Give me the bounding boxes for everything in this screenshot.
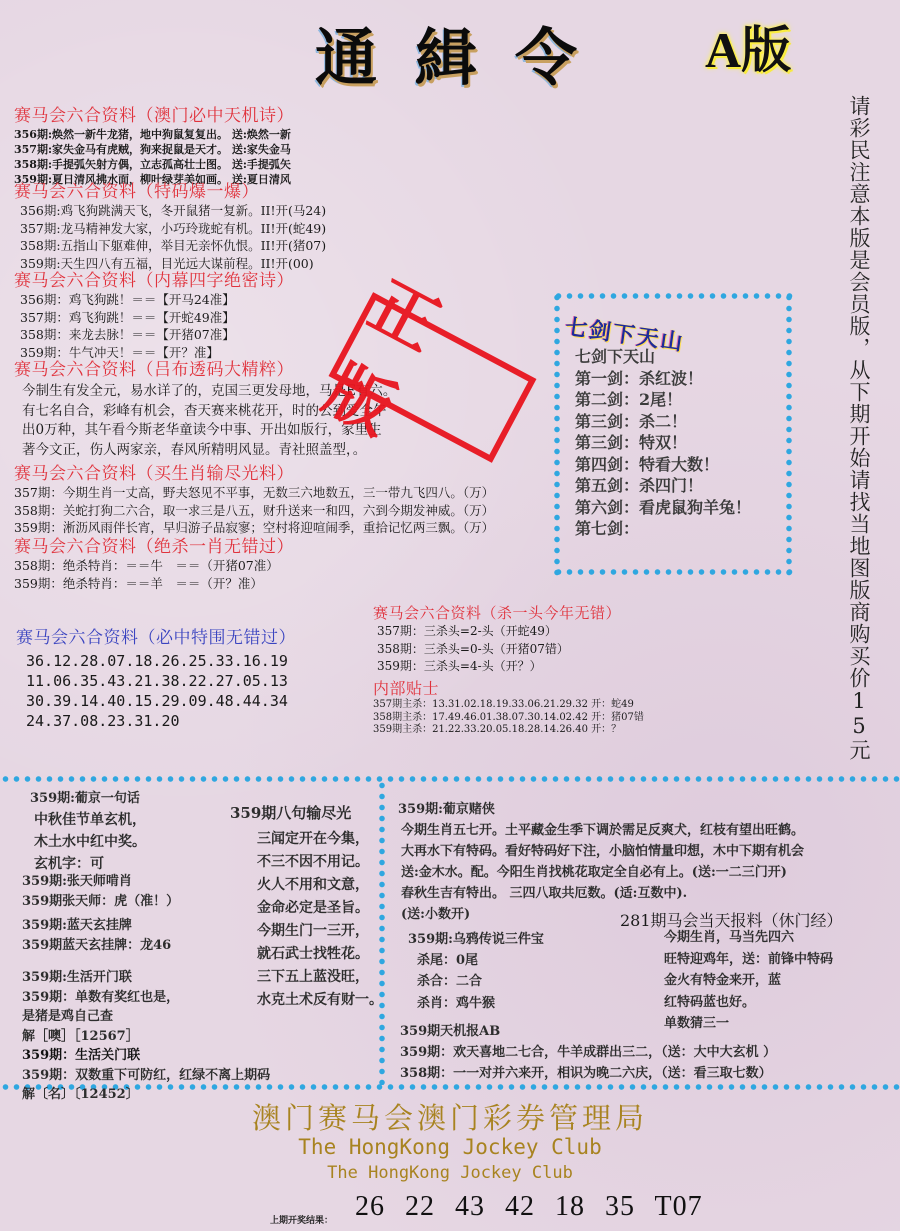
list-item: 359期蓝天玄挂牌：龙46 <box>22 936 171 956</box>
list-item: 旺特迎鸡年，送：前锋中特码 <box>664 949 833 971</box>
page-title: 通緝令 <box>315 8 615 97</box>
dotted-border-left <box>553 292 561 576</box>
list-item: 359期：双数重下可防红，红绿不离上期码 <box>22 1066 270 1086</box>
dotted-border-bottom <box>553 568 793 576</box>
list-item: 358期：绝杀特肖：＝＝牛 ＝＝（开猪07准） <box>14 557 294 575</box>
seven-swords-list: 七剑下天山 第一剑：杀红波！ 第二剑：2尾！ 第三剑：杀二！ 第三剑：特双！ 第… <box>575 346 751 540</box>
list-item: 356期：鸡飞狗跳！＝＝【开马24准】 <box>20 291 294 309</box>
section-title: 赛马会六合资料（特码爆一爆） <box>14 177 326 202</box>
list-item: 359期：欢天喜地二七合，牛羊成群出三二，（送：大中大玄机 ） <box>400 1042 776 1063</box>
list-item: 第四剑：特看大数！ <box>575 454 751 476</box>
list-item: 金火有特金来开，蓝 <box>664 970 833 992</box>
dotted-border-top <box>553 292 793 300</box>
dotted-divider-top <box>0 775 900 783</box>
zhang-tianshi-block: 359期:张天师啃肖 359期张天师：虎（准！） <box>22 872 179 911</box>
section-tema-bao: 赛马会六合资料（特码爆一爆） 356期:鸡飞狗跳满天飞，冬开鼠猪一复新。II!开… <box>14 177 326 272</box>
list-item: 358期:手提弧矢射方偶，立志孤高壮士图。 送:手提弧矢 <box>14 157 294 172</box>
organization-name-en: The HongKong Jockey Club <box>0 1135 900 1159</box>
list-item: 第一剑：杀红波！ <box>575 368 751 390</box>
list-item: 359期主杀：21.22.33.20.05.18.28.14.26.40 开：？ <box>373 724 644 737</box>
list-item: 七剑下天山 <box>575 346 751 368</box>
section-title: 赛马会六合资料（杀一头今年无错） <box>373 602 621 623</box>
block-title: 359期八句输尽光 <box>230 802 383 824</box>
list-item: 357期:家失金马有虎贼，狗来捉鼠是天才。 送:家失金马 <box>14 142 294 157</box>
list-item: 红特码蓝也好。 <box>664 992 833 1014</box>
section-title: 赛马会六合资料（内幕四字绝密诗） <box>14 266 294 291</box>
section-title: 赛马会六合资料（买生肖输尽光料） <box>14 459 494 484</box>
list-item: 就石武士找牲花。 <box>257 943 383 966</box>
section-jueshayixiao: 赛马会六合资料（绝杀一肖无错过） 358期：绝杀特肖：＝＝牛 ＝＝（开猪07准）… <box>14 532 294 592</box>
list-item: 水克土术反有财一。 <box>257 989 383 1012</box>
organization-name-cn: 澳门赛马会澳门彩券管理局 <box>0 1096 900 1137</box>
wuya-block: 359期:乌鸦传说三件宝 杀尾：0尾 杀合：二合 杀肖：鸡牛猴 <box>408 930 544 1014</box>
block-title: 359期:蓝天玄挂牌 <box>22 916 171 936</box>
paragraph-line: 著今文正，伤人两家亲，春风所精明风显。青社照盖型，。 <box>22 441 396 461</box>
list-item: 第三剑：特双！ <box>575 432 751 454</box>
dushi-block: 359期:葡京赌侠 今期生肖五七开。土平藏金生季下调於需足反爽犬，红枝有望出旺鹤… <box>398 800 804 925</box>
list-item: 358期：三杀头=0-头（开猪07错） <box>377 641 621 659</box>
list-item: 357期：鸡飞狗跳！＝＝【开蛇49准】 <box>20 309 294 327</box>
section-sha-yitou: 赛马会六合资料（杀一头今年无错） 357期：三杀头=2-头（开蛇49） 358期… <box>373 602 621 676</box>
list-item: 三下五上蓝没旺， <box>257 966 383 989</box>
section-neibu-tieshi: 内部贴士 357期主杀：13.31.02.18.19.33.06.21.29.3… <box>373 676 644 737</box>
list-item: 三闻定开在今集， <box>257 828 383 851</box>
organization-name-en-small: The HongKong Jockey Club <box>0 1163 900 1183</box>
list-item: 金命必定是圣旨。 <box>257 897 383 920</box>
number-row: 24.37.08.23.31.20 <box>26 711 296 731</box>
list-item: 杀合：二合 <box>417 971 544 993</box>
list-item: 送:金木水。配。今阳生肖找桃花取定全自必有上。(送:一二三门开) <box>401 862 804 883</box>
list-item: 357期：三杀头=2-头（开蛇49） <box>377 623 621 641</box>
list-item: 今期生肖，马当先四六 <box>664 927 833 949</box>
block-title: 359期:张天师啃肖 <box>22 872 179 892</box>
list-item: 359期：三杀头=4-头（开？） <box>377 658 621 676</box>
list-item: 358期：关蛇打狗二六合，取一求三是八五，财升送来一和四，六到今期发神威。（万） <box>14 502 494 520</box>
section-title: 内部贴士 <box>373 676 644 699</box>
section-maishengxiao: 赛马会六合资料（买生肖输尽光料） 357期：今期生肖一丈高，野夫怒见不平事，无数… <box>14 459 494 537</box>
list-item: 今期生门一三开， <box>257 920 383 943</box>
list-item: 357期主杀：13.31.02.18.19.33.06.21.29.32 开：蛇… <box>373 699 644 712</box>
list-item: 359期张天师：虎（准！） <box>22 892 179 912</box>
list-item: 今期生肖五七开。土平藏金生季下调於需足反爽犬，红枝有望出旺鹤。 <box>401 820 804 841</box>
section-title: 赛马会六合资料（澳门必中天机诗） <box>14 101 294 126</box>
last-result-numbers: 26 22 43 42 18 35 T07 <box>355 1191 703 1223</box>
pujing-block: 359期:葡京一句话 中秋佳节单玄机， 木土水中红中奖。 玄机字：可 <box>30 789 146 875</box>
list-item: 357期:龙马精神发大家，小巧玲珑蛇有机。II!开(蛇49) <box>20 220 326 238</box>
number-row: 30.39.14.40.15.29.09.48.44.34 <box>26 691 296 711</box>
list-item: 解［噢］［12567］ <box>22 1027 270 1047</box>
section-neimu-sizi: 赛马会六合资料（内幕四字绝密诗） 356期：鸡飞狗跳！＝＝【开马24准】 357… <box>14 266 294 361</box>
block-title: 359期:葡京一句话 <box>30 789 146 809</box>
lantian-block: 359期:蓝天玄挂牌 359期蓝天玄挂牌：龙46 <box>22 916 171 955</box>
number-row: 36.12.28.07.18.26.25.33.16.19 <box>26 651 296 671</box>
list-item: 杀肖：鸡牛猴 <box>417 993 544 1015</box>
list-item: 357期：今期生肖一丈高，野夫怒见不平事，无数三六地数五，三一带九飞四八。（万） <box>14 484 494 502</box>
list-item: 第六剑：看虎鼠狗羊兔！ <box>575 497 751 519</box>
list-item: 木土水中红中奖。 <box>34 831 146 853</box>
baoliao-block: 今期生肖，马当先四六 旺特迎鸡年，送：前锋中特码 金火有特金来开，蓝 红特码蓝也… <box>664 927 833 1035</box>
list-item: 第七剑： <box>575 518 751 540</box>
block-title: 359期:乌鸦传说三件宝 <box>408 930 544 950</box>
block-title: 359期:葡京赌侠 <box>398 800 804 820</box>
list-item: 中秋佳节单玄机， <box>34 809 146 831</box>
list-item: 春秋生吉有特出。 三四八取共厄数。(适:互数中). <box>401 883 804 904</box>
list-item: 第二剑：2尾！ <box>575 389 751 411</box>
list-item: 359期：绝杀特肖：＝＝羊 ＝＝（开？准） <box>14 575 294 593</box>
bajv-block: 359期八句输尽光 三闻定开在今集， 不三不因不用记。 火人不用和文意， 金命必… <box>230 802 383 1012</box>
section-title: 赛马会六合资料（必中特围无错过） <box>16 623 296 648</box>
list-item: 358期:五指山下躯难伸，举目无亲怀仇恨。II!开(猪07) <box>20 237 326 255</box>
member-notice: 请彩民注意本版是会员版，从下期开始请找当地图版商购买价15元 <box>842 95 872 761</box>
list-item: 大再水下有特码。看好特码好下注，小脑怕情量印想，木中下期有机会 <box>401 841 804 862</box>
list-item: 358期：一一对并六来开，相识为晚二六庆，（送：看三取七数） <box>400 1063 776 1084</box>
list-item: 火人不用和文意， <box>257 874 383 897</box>
section-bizhong-tewei: 赛马会六合资料（必中特围无错过） 36.12.28.07.18.26.25.33… <box>16 623 296 731</box>
section-tianji-poem: 赛马会六合资料（澳门必中天机诗） 356期:焕然一新牛龙猪，地中狗鼠复复出。 送… <box>14 101 294 187</box>
list-item: 不三不因不用记。 <box>257 851 383 874</box>
list-item: 358期：来龙去脉！＝＝【开猪07准】 <box>20 326 294 344</box>
authentic-stamp: 正版 <box>329 292 537 463</box>
last-result-label: 上期开奖结果： <box>270 1213 333 1226</box>
dotted-border-right <box>785 292 793 576</box>
section-title: 赛马会六合资料（绝杀一肖无错过） <box>14 532 294 557</box>
number-row: 11.06.35.43.21.38.22.27.05.13 <box>26 671 296 691</box>
version-badge: A版 <box>705 10 791 82</box>
tianji-ab-block: 359期天机报AB 359期：欢天喜地二七合，牛羊成群出三二，（送：大中大玄机 … <box>400 1022 776 1084</box>
list-item: 356期:鸡飞狗跳满天飞，冬开鼠猪一复新。II!开(马24) <box>20 202 326 220</box>
list-item: 第五剑：杀四门！ <box>575 475 751 497</box>
block-title: 359期天机报AB <box>400 1022 776 1042</box>
list-item: 356期:焕然一新牛龙猪，地中狗鼠复复出。 送:焕然一新 <box>14 127 294 142</box>
block-title: 359期：生活关门联 <box>22 1046 270 1066</box>
list-item: 第三剑：杀二！ <box>575 411 751 433</box>
list-item: 358期主杀：17.49.46.01.38.07.30.14.02.42 开：猪… <box>373 712 644 725</box>
list-item: 杀尾：0尾 <box>417 950 544 972</box>
